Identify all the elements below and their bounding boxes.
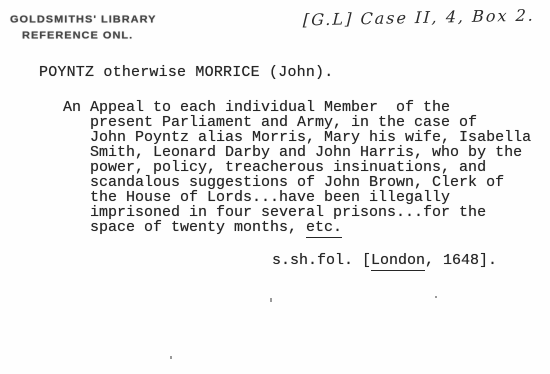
library-stamp: GOLDSMITHS' LIBRARY REFERENCE ONL. xyxy=(10,12,156,44)
library-stamp-line1: GOLDSMITHS' LIBRARY xyxy=(10,12,156,28)
scan-speck xyxy=(170,356,172,359)
catalog-entry-body: An Appeal to each individual Member of t… xyxy=(63,100,531,235)
entry-line: the House of Lords...have been illegally xyxy=(90,190,531,205)
library-stamp-line2: REFERENCE ONL. xyxy=(22,28,156,44)
imprint-line: s.sh.fol. [London, 1648]. xyxy=(272,252,497,269)
scan-speck xyxy=(270,298,272,302)
entry-line: An Appeal to each individual Member of t… xyxy=(63,100,531,115)
entry-etc-underlined: etc. xyxy=(306,219,342,238)
entry-line: Smith, Leonard Darby and John Harris, wh… xyxy=(90,145,531,160)
catalog-heading: POYNTZ otherwise MORRICE (John). xyxy=(39,64,333,81)
entry-last-pre: space of twenty months, xyxy=(90,219,306,236)
imprint-london-underlined: London xyxy=(371,252,425,271)
entry-line: power, policy, treacherous insinuations,… xyxy=(90,160,531,175)
entry-line: present Parliament and Army, in the case… xyxy=(90,115,531,130)
imprint-post: , 1648]. xyxy=(425,252,497,269)
entry-line: scandalous suggestions of John Brown, Cl… xyxy=(90,175,531,190)
imprint-pre: s.sh.fol. [ xyxy=(272,252,371,269)
entry-line: John Poyntz alias Morris, Mary his wife,… xyxy=(90,130,531,145)
entry-line-last: space of twenty months, etc. xyxy=(90,220,531,235)
catalog-card-scan: GOLDSMITHS' LIBRARY REFERENCE ONL. [G.L]… xyxy=(0,0,550,374)
entry-line: imprisoned in four several prisons...for… xyxy=(90,205,531,220)
handwritten-shelfmark: [G.L] Case II, 4, Box 2. xyxy=(303,6,534,30)
scan-speck xyxy=(435,296,437,298)
